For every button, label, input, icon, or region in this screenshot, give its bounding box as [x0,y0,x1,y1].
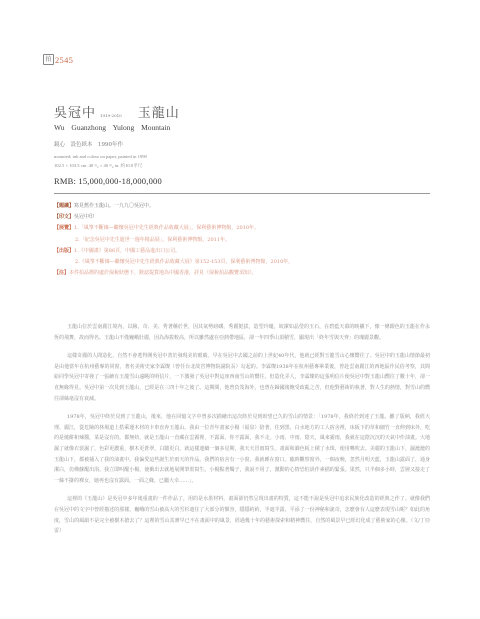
divider [54,193,430,194]
provenance-notes: 【題識】寫見舊作玉龍山。一九九〇吳冠中。 【印文】吳冠中印 【展覽】1.「風箏不… [54,201,434,279]
estimate: RMB: 15,000,000-18,000,000 [54,176,162,186]
medium-en: mounted; ink and colour on paper, painte… [54,154,147,159]
work-title-en: Yulong Mountain [113,123,171,132]
exhibition-line-2: 2.「紀念吳冠中先生逝世一週年精品展」，保利藝術博物館，2011年。 [54,235,434,246]
essay-paragraph: 1978年，吳冠中終於見到了玉龍山，後來，他在回憶文字中曾多次描繪出這次終於見到… [54,412,430,486]
publication-line-2: 2.《風箏不斷線—繼懷吳冠中先生經典作品收藏大展》第152-153頁，保利藝術博… [54,257,434,268]
essay-paragraph: 這樣奇麗的人間造化，自然不會逃得開吳冠中善於發現美的眼睛。早在吳冠中去國之前的上… [54,351,430,404]
medium-cn: 鏡心 設色紙本 1990年作 [54,140,123,148]
work-title-cn: 玉龍山 [138,102,180,121]
inscription-line: 【題識】寫見舊作玉龍山。一九九〇吳冠中。 [54,201,434,212]
lot-number-text: 2545 [55,55,73,65]
artist-name-cn: 吳冠中 [54,102,96,121]
lot-seal-icon: 拍 [43,54,54,65]
artist-dates: 1919-2010 [100,113,122,118]
essay-paragraph: 玉龍山位於雲南麗江境內，以險、奇、美、秀著稱於世，因其氣勢磅礴，秀麗挺拔，造型玲… [54,322,430,343]
lot-number: 拍 2545 [43,54,73,65]
artist-name-en: Wu Guanzhong [54,123,106,132]
essay: 玉龍山位於雲南麗江境內，以險、奇、美、秀著稱於世，因其氣勢磅礴，秀麗挺拔，造型玲… [54,322,430,545]
seal-line: 【印文】吳冠中印 [54,212,434,223]
exhibition-line-1: 【展覽】1.「風箏不斷線—繼懷吳冠中先生經典作品收藏大展」，保利藝術博物館，20… [54,223,434,234]
note-line: 【注】本件拍品標的處於保稅狀態下，默認提貨地為中國香港，詳見《保稅拍品觀覽須知》… [54,268,434,279]
essay-paragraph: 這裡的《玉龍山》是吳冠中多年後重畫的一件作品了，用的是水墨材料，畫面卻仍然呈現出… [54,494,430,536]
publication-line-1: 【出版】1.《中國畫》第86頁，中國工藝品進出口公司。 [54,246,434,257]
dimensions: 102.5 × 103.5 cm. 40 ¹/₂ × 40 ³/₄ in. 約1… [54,163,142,169]
title-english: Wu Guanzhong Yulong Mountain [54,123,170,132]
title-chinese: 吳冠中 1919-2010 玉龍山 [54,102,180,121]
